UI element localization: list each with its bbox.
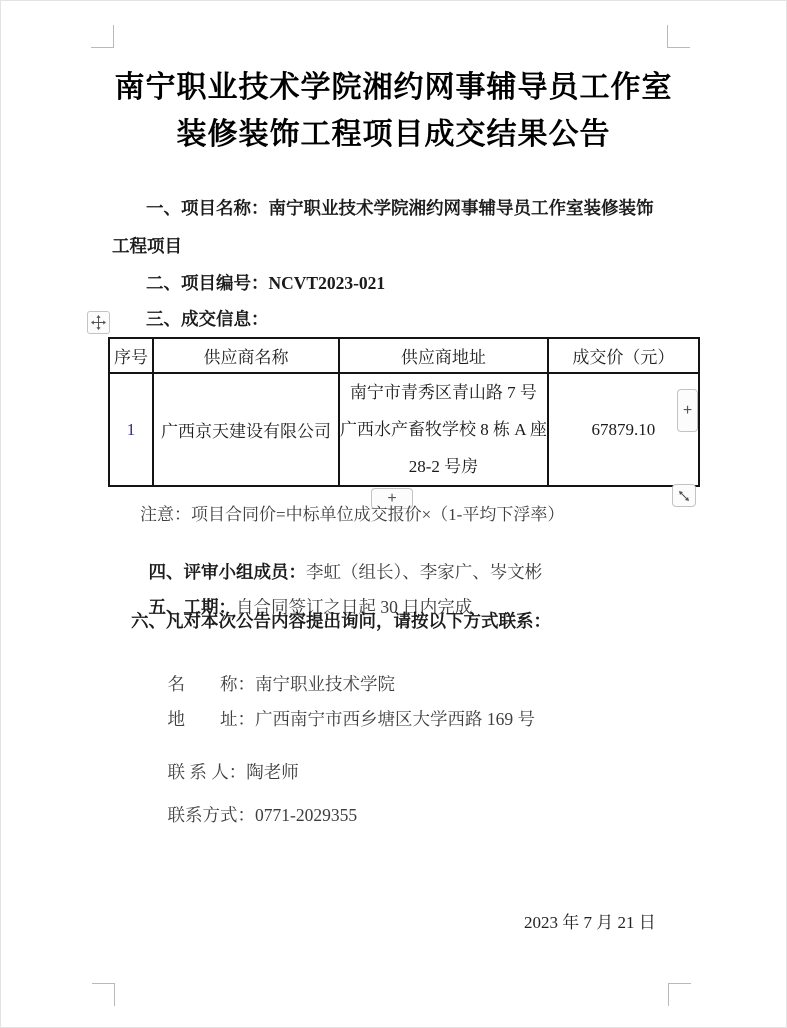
deal-info-table: 序号 供应商名称 供应商地址 成交价（元） 1 广西京天建设有限公司 南宁市青秀…	[108, 337, 700, 487]
paragraph-project-name-line2: 工程项目	[112, 233, 182, 258]
paragraph-project-number: 二、项目编号：NCVT2023-021	[146, 270, 385, 295]
document-title: 南宁职业技术学院湘约网事辅导员工作室 装修装饰工程项目成交结果公告	[0, 64, 787, 158]
title-line-2: 装修装饰工程项目成交结果公告	[0, 111, 787, 158]
insert-column-button[interactable]: +	[677, 389, 698, 432]
header-supplier-name: 供应商名称	[153, 338, 339, 373]
paragraph-project-name-line1: 一、项目名称：南宁职业技术学院湘约网事辅导员工作室装修装饰	[146, 195, 654, 220]
contact-phone-value: 0771-2029355	[255, 805, 357, 825]
contact-phone-label: 联系方式：	[168, 802, 256, 827]
text-boundary-mark-bottom-right	[668, 983, 691, 1006]
plus-icon: +	[683, 403, 692, 419]
paragraph-inquiry-heading: 六、凡对本次公告内容提出询问，请按以下方式联系：	[131, 608, 551, 633]
text-boundary-mark-top-right	[667, 25, 690, 48]
move-cross-icon	[91, 315, 106, 330]
contact-address-label: 地 址：	[168, 706, 256, 731]
header-supplier-address: 供应商地址	[339, 338, 548, 373]
diagonal-resize-icon	[677, 489, 691, 503]
paragraph-deal-info-heading: 三、成交信息：	[146, 306, 269, 331]
text-boundary-mark-bottom-left	[92, 983, 115, 1006]
contact-phone-row: 联系方式：0771-2029355	[150, 781, 357, 848]
table-resize-handle[interactable]	[672, 484, 696, 507]
header-seq-no: 序号	[109, 338, 153, 373]
document-date: 2023 年 7 月 21 日	[524, 908, 656, 933]
address-line-1: 南宁市青秀区青山路 7 号	[340, 374, 547, 411]
cell-deal-price: 67879.10	[548, 373, 699, 486]
contact-address-value: 广西南宁市西乡塘区大学西路 169 号	[255, 709, 535, 729]
title-line-1: 南宁职业技术学院湘约网事辅导员工作室	[0, 64, 787, 111]
header-deal-price: 成交价（元）	[548, 338, 699, 373]
table-header-row: 序号 供应商名称 供应商地址 成交价（元）	[109, 338, 699, 373]
text-boundary-mark-top-left	[91, 25, 114, 48]
address-line-2: 广西水产畜牧学校 8 栋 A 座	[340, 411, 547, 448]
cell-seq-no: 1	[109, 373, 153, 486]
cell-supplier-name: 广西京天建设有限公司	[153, 373, 339, 486]
table-move-handle[interactable]	[87, 311, 110, 334]
contact-person-value: 陶老师	[246, 762, 299, 782]
document-page: 南宁职业技术学院湘约网事辅导员工作室 装修装饰工程项目成交结果公告 一、项目名称…	[0, 0, 787, 1028]
cell-supplier-address: 南宁市青秀区青山路 7 号 广西水产畜牧学校 8 栋 A 座 28-2 号房	[339, 373, 548, 486]
address-line-3: 28-2 号房	[340, 448, 547, 485]
paragraph-note: 注意：项目合同价=中标单位成交报价×（1-平均下浮率）	[140, 500, 564, 525]
table-data-row: 1 广西京天建设有限公司 南宁市青秀区青山路 7 号 广西水产畜牧学校 8 栋 …	[109, 373, 699, 486]
